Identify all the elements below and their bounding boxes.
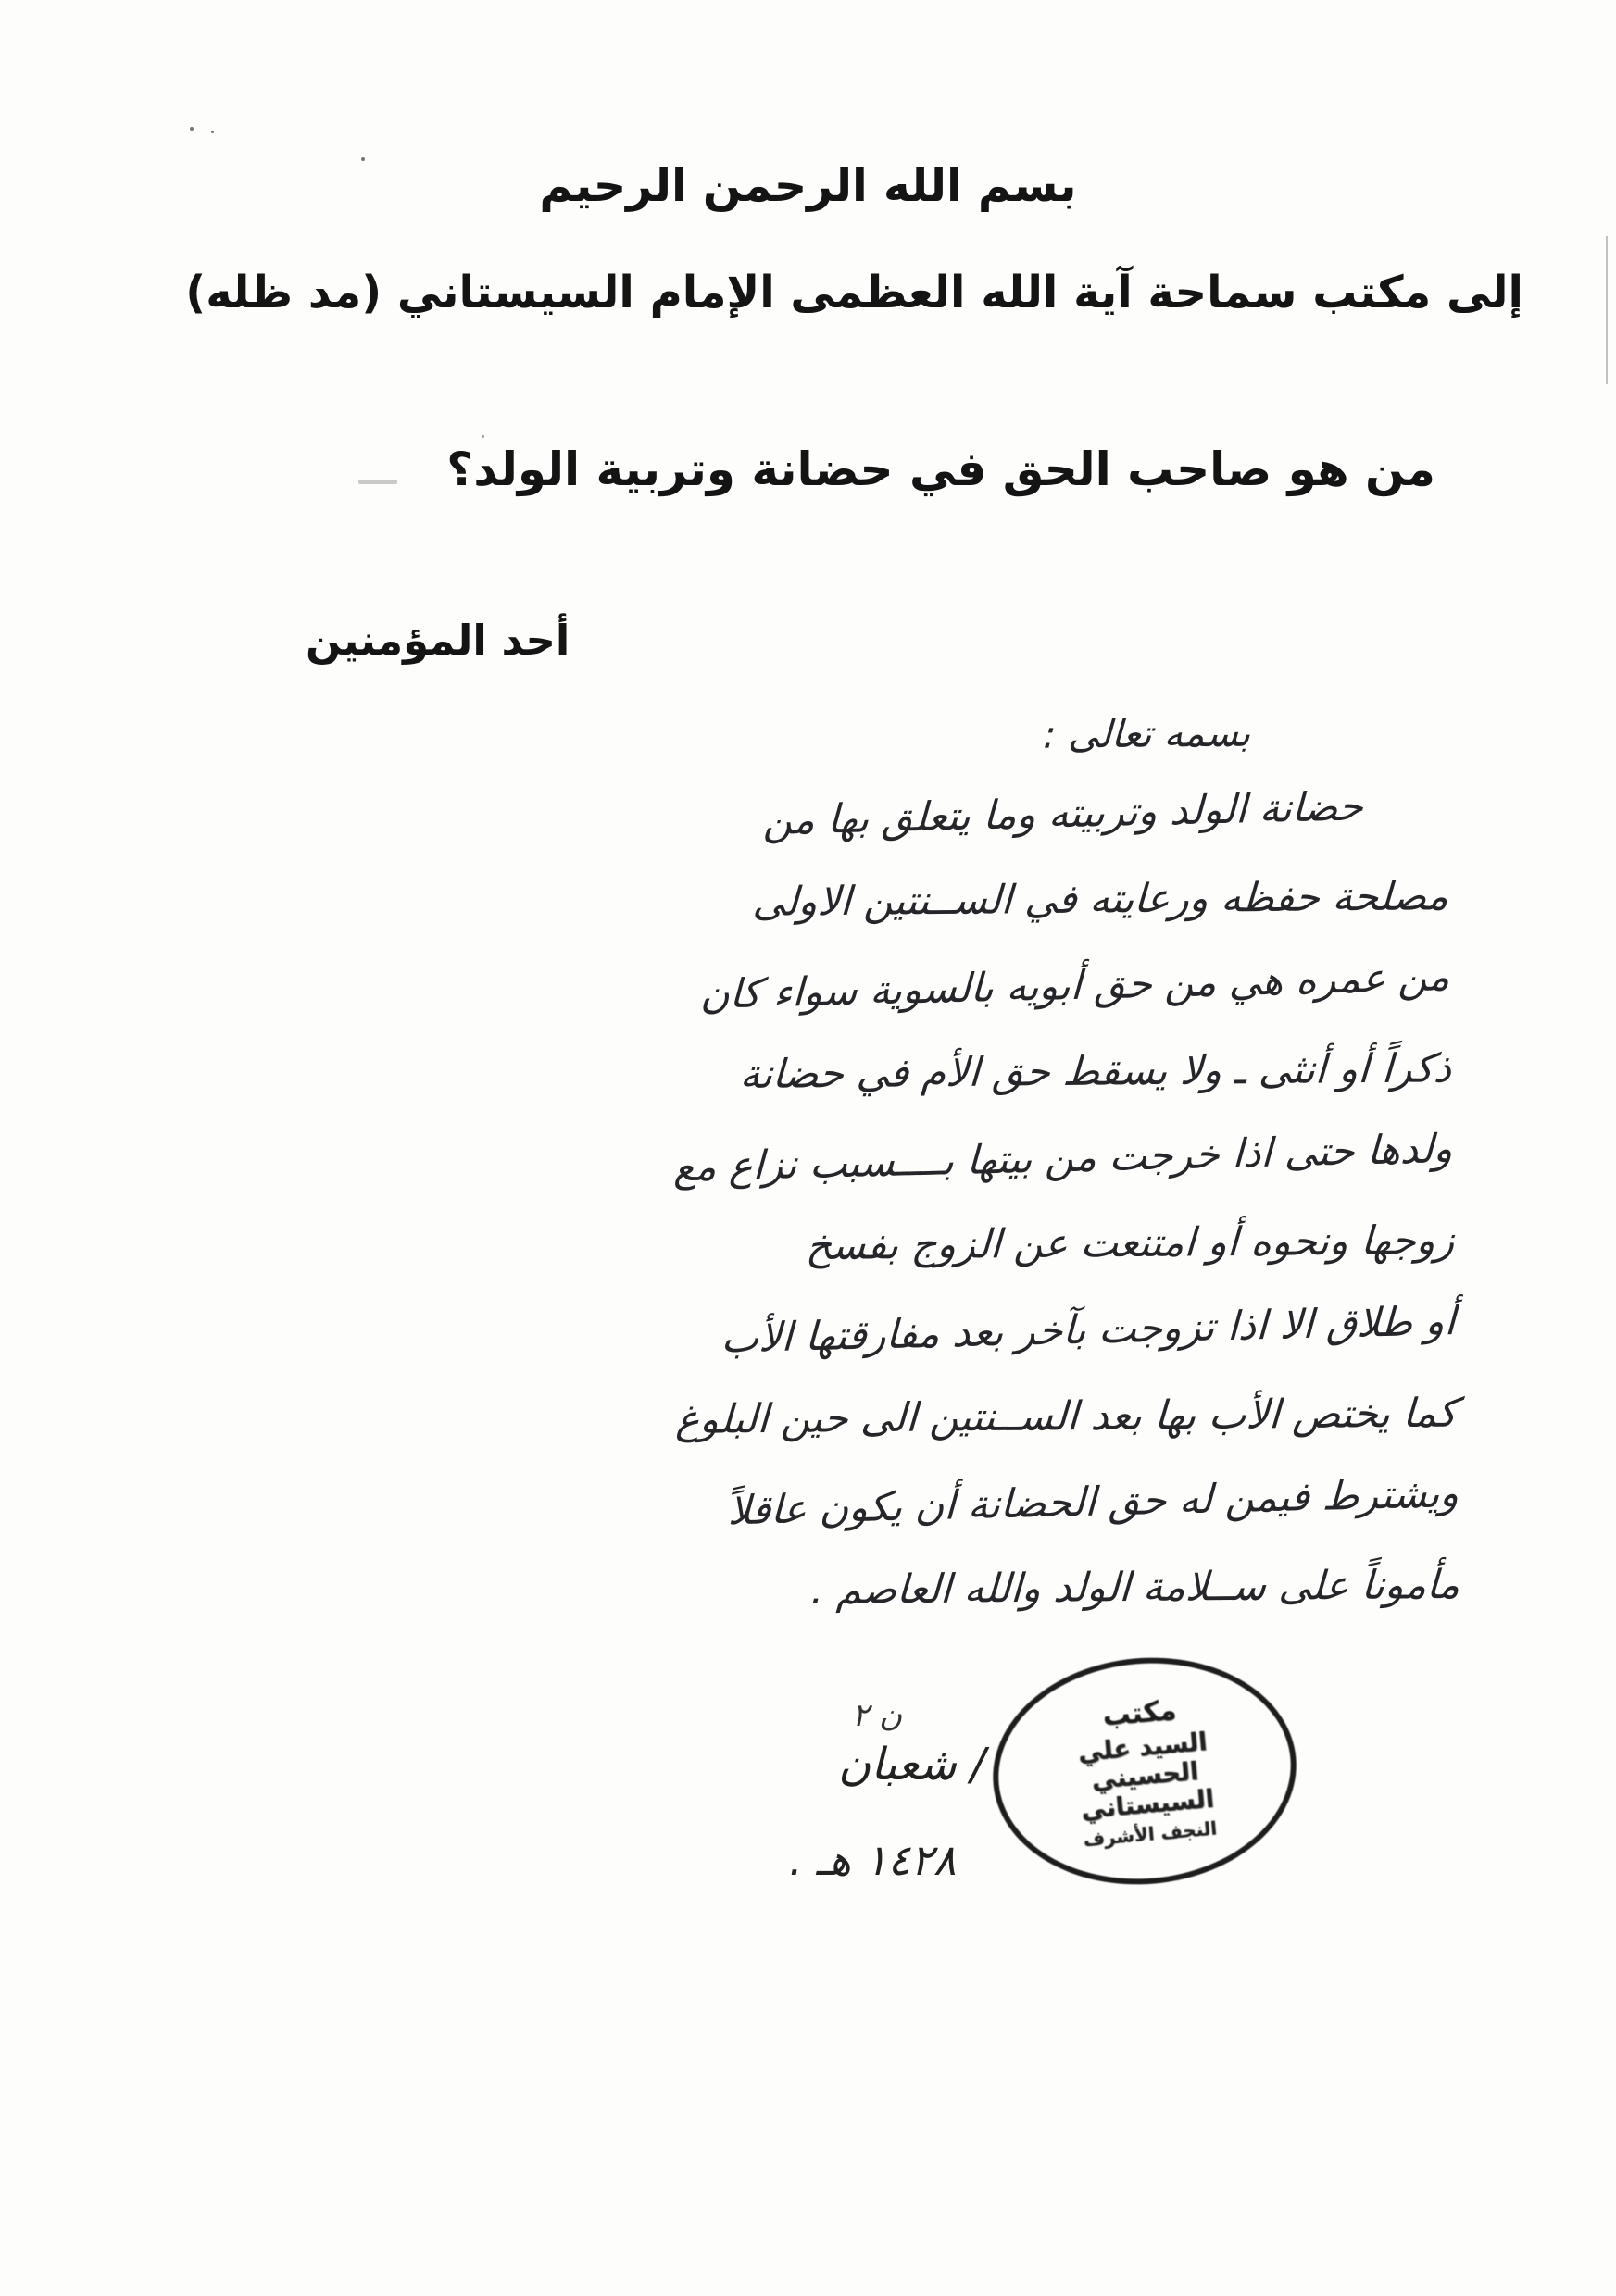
scan-speck: [190, 127, 194, 131]
answer-line: ويشترط فيمن له حق الحضانة أن يكون عاقلاً: [727, 1470, 1459, 1534]
basmala-line: بسم الله الرحمن الرحيم: [278, 159, 1338, 212]
answer-line: ذكراً أو أنثى ـ ولا يسقط حق الأم في حضان…: [739, 1045, 1452, 1098]
questioner-signature: أحد المؤمنين: [306, 616, 570, 665]
seal-office-word: مكتب: [1101, 1694, 1178, 1733]
answer-line: حضانة الولد وتربيته وما يتعلق بها من: [763, 783, 1364, 844]
scan-speck: [482, 435, 484, 438]
office-seal: مكتب السيد علي الحسيني السيستاني النجف ا…: [983, 1645, 1306, 1897]
month-note: / شعبان: [838, 1739, 985, 1791]
scan-speck: [211, 131, 214, 133]
answer-opening: بسمه تعالى :: [1043, 711, 1252, 757]
scan-edge-line: [1606, 236, 1608, 384]
seal-name-text: السيد علي الحسيني السيستاني: [1026, 1723, 1264, 1829]
answer-line: مأموناً على ســلامة الولد والله العاصم .: [810, 1562, 1461, 1614]
year-note: ١٤٢٨ هـ .: [789, 1835, 956, 1885]
scanned-letter-page: بسم الله الرحمن الرحيم إلى مكتب سماحة آي…: [0, 0, 1616, 2296]
answer-line: كما يختص الأب بها بعد الســنتين الى حين …: [675, 1391, 1459, 1443]
answer-line: ولدها حتى اذا خرجت من بيتها بــــسبب نزا…: [673, 1126, 1453, 1192]
answer-line: أو طلاق الا اذا تزوجت بآخر بعد مفارقتها …: [720, 1298, 1456, 1362]
answer-line: من عمره هي من حق أبويه بالسوية سواء كان: [700, 954, 1451, 1018]
answer-line: زوجها ونحوه أو امتنعت عن الزوج بفسخ: [805, 1217, 1455, 1269]
handwritten-answer-block: بسمه تعالى : حضانة الولد وتربيته وما يتع…: [357, 699, 1461, 1680]
scan-smudge: [358, 480, 397, 484]
ink-marks: ن ٢: [852, 1697, 902, 1734]
question-line: من هو صاحب الحق في حضانة وتربية الولد؟: [528, 443, 1435, 496]
addressee-line: إلى مكتب سماحة آية الله العظمى الإمام ال…: [278, 267, 1523, 318]
answer-line: مصلحة حفظه ورعايته في الســنتين الاولى: [751, 873, 1448, 926]
